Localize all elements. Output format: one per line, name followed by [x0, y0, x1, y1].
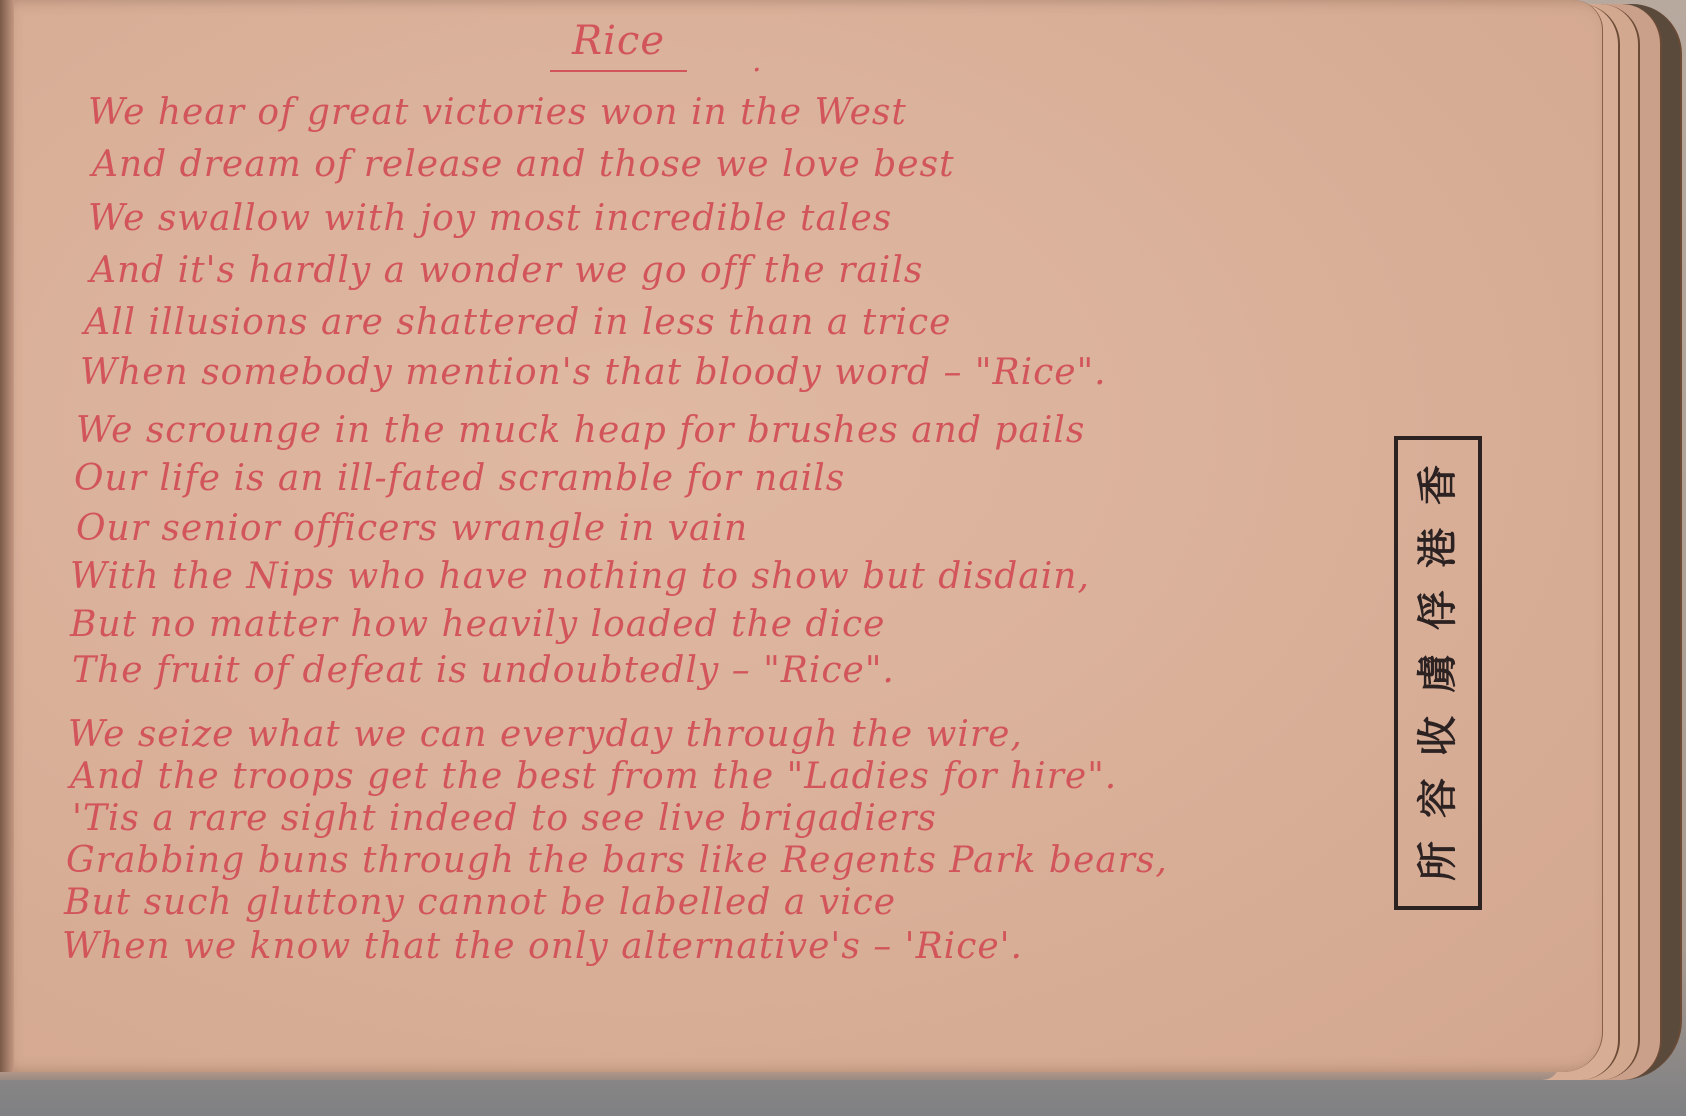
- stamp-character: 俘: [1418, 590, 1458, 630]
- poem-line: We hear of great victories won in the We…: [88, 88, 907, 138]
- poem-line: But such gluttony cannot be labelled a v…: [64, 878, 896, 928]
- poem-line: When we know that the only alternative's…: [62, 922, 1023, 972]
- notebook: Rice . We hear of great victories won in…: [0, 0, 1686, 1100]
- page-binding-shadow: [0, 0, 14, 1072]
- poem-line: And it's hardly a wonder we go off the r…: [90, 246, 923, 296]
- poem-line: And dream of release and those we love b…: [92, 140, 955, 190]
- notebook-page: Rice . We hear of great victories won in…: [0, 0, 1603, 1072]
- title-period: .: [752, 44, 762, 79]
- stamp-character: 收: [1418, 716, 1458, 756]
- stamp-character: 香: [1418, 465, 1458, 505]
- poem-line: The fruit of defeat is undoubtedly – "Ri…: [72, 646, 895, 696]
- poem-title: Rice: [550, 18, 687, 72]
- poem-line: Our life is an ill-fated scramble for na…: [74, 454, 845, 504]
- stamp-character: 所: [1418, 841, 1458, 881]
- stamp-character: 容: [1418, 778, 1458, 818]
- poem-line: Our senior officers wrangle in vain: [76, 504, 748, 554]
- poem-line: With the Nips who have nothing to show b…: [70, 552, 1090, 602]
- poem-line: We scrounge in the muck heap for brushes…: [76, 406, 1085, 456]
- poem-line: When somebody mention's that bloody word…: [80, 348, 1107, 398]
- stamp-character: 港: [1418, 528, 1458, 568]
- poem-line: All illusions are shattered in less than…: [84, 298, 951, 348]
- poem-line: We swallow with joy most incredible tale…: [88, 194, 892, 244]
- camp-stamp: 香 港 俘 虜 收 容 所: [1394, 436, 1482, 910]
- stamp-character: 虜: [1418, 653, 1458, 693]
- poem-line: But no matter how heavily loaded the dic…: [70, 600, 885, 650]
